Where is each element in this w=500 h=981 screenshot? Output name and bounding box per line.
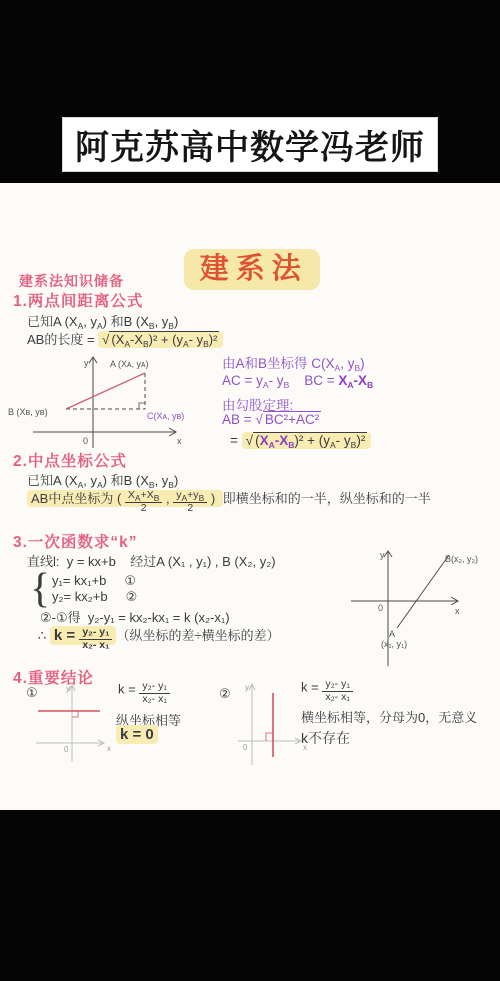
sqrt-sign: √ [255,412,262,427]
s2-given-line: 已知A (XA, yA) 和B (XB, yB) [27,470,178,489]
derivation-line-2: AC = yA- yB BC = XA-XB [222,373,373,388]
point-c-label: C(Xᴀ, yʙ) [147,411,184,421]
notes-paper: 建系法 建系法知识储备 1.两点间距离公式 已知A (XA, yA) 和B (X… [0,183,500,810]
s3-slope-result: ∴ k = y₂- y₁x₂- x₁（纵坐标的差÷横坐标的差） [38,625,280,652]
case-2-note: 横坐标相等，分母为0，无意义 [301,707,477,726]
y-axis-label: y [84,358,89,368]
s3-k-note: （纵坐标的差÷横坐标的差） [116,628,279,643]
fraction: XA+XB2 [125,490,163,514]
fraction: y₂- y₁x₂- x₁ [79,627,112,651]
intro-line: 建系法知识储备 [19,271,124,291]
right-angle-mark [266,733,273,741]
s3-line-equation: 直线l: y = kx+b 经过A (X₁ , y₁) , B (X₂, y₂) [27,551,276,570]
y-axis-label: y [66,684,70,693]
y-axis-label: y [380,550,385,560]
fraction: y₂- y₁x₂- x₁ [139,681,170,705]
origin-label: 0 [64,745,69,754]
s3-subtract-line: ②-①得 y₂-y₁ = kx₂-kx₁ = k (x₂-x₁) [40,607,230,626]
case-2-index: ② [219,686,231,702]
system-brace: { [30,567,50,611]
case-1-k-formula: k = y₂- y₁x₂- x₁ [118,681,170,705]
case-2-result: k不存在 [301,728,350,748]
note-title: 建系法 [184,249,320,290]
origin-label: 0 [243,743,248,752]
sqrt-sign: √ [246,433,253,448]
case-1-result: k = 0 [116,726,158,744]
s3-system-eq1: y₁= kx₁+b ① [52,573,136,589]
fraction: yA+yB2 [173,490,207,514]
origin-label: 0 [378,603,383,613]
right-angle-mark [139,403,145,409]
section-3-heading: 3.一次函数求“k” [13,530,138,552]
x-axis-label: x [177,436,182,446]
section-2-heading: 2.中点坐标公式 [13,449,127,471]
note-title-wrap: 建系法 [166,228,320,305]
s2-note: 即横坐标和的一半，纵坐标和的一半 [223,491,431,506]
section-1-heading: 1.两点间距离公式 [13,289,143,311]
case-2-k-formula: k = y₂- y₁x₂- x₁ [301,679,353,703]
s1-distance-formula: AB的长度 = √(XA-XB)² + (yA- yB)² [27,329,223,348]
point-b-label: B (Xʙ, yʙ) [8,407,48,417]
channel-title: 阿克苏高中数学冯老师 [75,120,425,169]
fraction: y₂- y₁x₂- x₁ [322,679,353,703]
derivation-line-1: 由A和B坐标得 C(XA, yB) [222,352,365,372]
line-ab [397,555,449,628]
s3-system-eq2: y₂= kx₂+b ② [52,589,137,605]
therefore-sign: ∴ [38,628,50,643]
slope-graph: y x 0 B(x₂, y₂) A (x₁, y₁) [345,544,497,672]
point-a-label: A [389,629,395,639]
point-a-coords-label: (x₁, y₁) [381,639,407,649]
channel-title-banner: 阿克苏高中数学冯老师 [62,117,438,172]
y-axis-label: y [245,683,249,692]
derivation-line-5: = √(XA-XB)² + (yA- yB)² [230,433,371,448]
origin-label: 0 [83,436,88,446]
s1-given-line: 已知A (XA, yA) 和B (XB, yB) [27,311,178,330]
horizontal-line-graph: y x 0 [33,680,123,766]
s2-midpoint-formula: AB中点坐标为 ( XA+XB2 , yA+yB2 ) 即横坐标和的一半，纵坐标… [27,488,431,515]
point-b-label: B(x₂, y₂) [445,554,478,564]
right-angle-mark [72,711,78,717]
point-a-label: A (Xᴀ, yᴀ) [110,359,148,369]
distance-graph: y x 0 A (Xᴀ, yᴀ) B (Xʙ, yʙ) C(Xᴀ, yʙ) [8,350,206,456]
segment-ab [66,373,145,409]
x-axis-label: x [107,744,111,753]
derivation-line-4: AB = √BC²+AC² [222,412,321,427]
x-axis-label: x [455,606,460,616]
